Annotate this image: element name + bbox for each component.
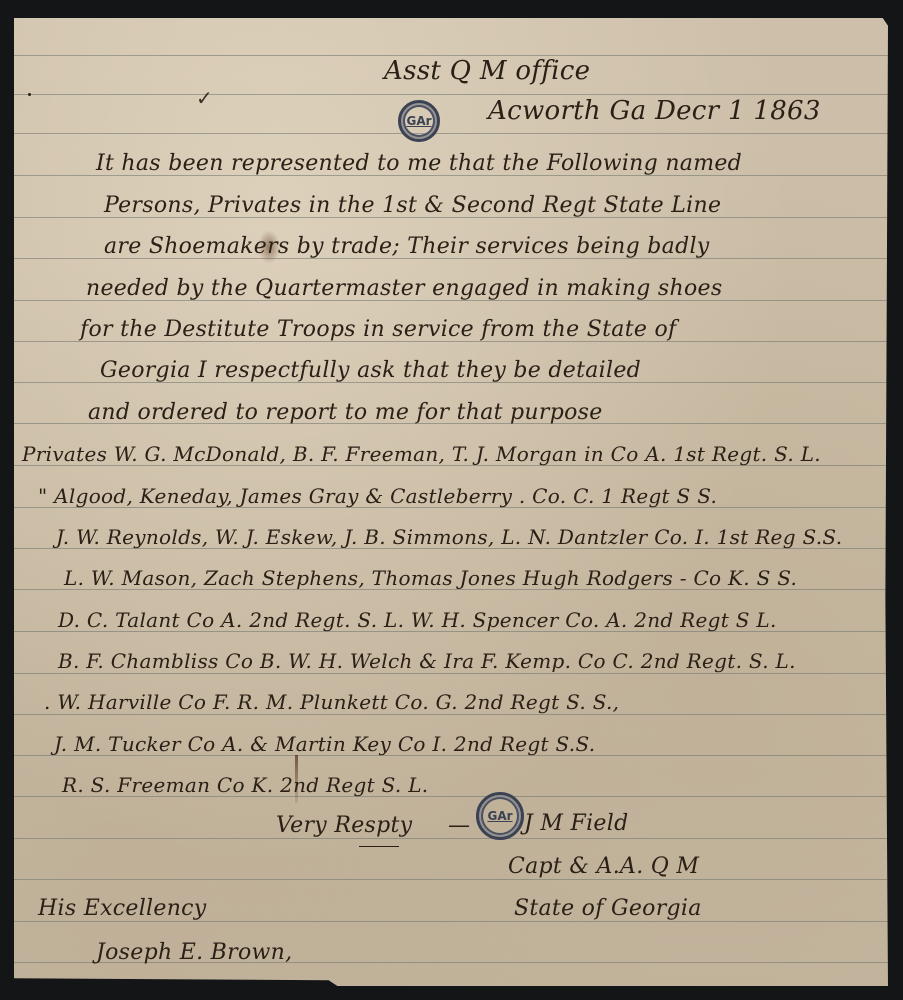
roster-line: . W. Harville Co F. R. M. Plunkett Co. G… [44, 692, 619, 712]
place-date: Acworth Ga Decr 1 1863 [488, 98, 821, 124]
roster-line: L. W. Mason, Zach Stephens, Thomas Jones… [64, 568, 797, 588]
roster-line: J. W. Reynolds, W. J. Eskew, J. B. Simmo… [56, 527, 842, 547]
addressee-name: Joseph E. Brown, [96, 942, 292, 964]
archive-stamp: GAr [398, 100, 440, 142]
dash: — [448, 815, 470, 837]
roster-line: J. M. Tucker Co A. & Martin Key Co I. 2n… [54, 734, 595, 754]
ink-dot [28, 93, 31, 96]
ruled-line [14, 879, 888, 880]
archive-stamp: GAr [476, 792, 524, 840]
roster-line: D. C. Talant Co A. 2nd Regt. S. L. W. H.… [58, 610, 777, 630]
stamp-label: GAr [406, 114, 431, 128]
ruled-line [14, 673, 888, 674]
roster-line: " Algood, Keneday, James Gray & Castlebe… [38, 486, 717, 506]
scan-background: ✓ Asst Q M office Acworth Ga Decr 1 1863… [0, 0, 903, 1000]
addressee-honorific: His Excellency [38, 898, 207, 920]
office-heading: Asst Q M office [384, 58, 590, 84]
ruled-line [14, 921, 888, 922]
body-line: Persons, Privates in the 1st & Second Re… [104, 195, 721, 217]
body-line: needed by the Quartermaster engaged in m… [86, 278, 722, 300]
ruled-line [14, 714, 888, 715]
roster-line: B. F. Chambliss Co B. W. H. Welch & Ira … [58, 651, 796, 671]
roster-line: R. S. Freeman Co K. 2nd Regt S. L. [62, 775, 428, 795]
roster-line: Privates W. G. McDonald, B. F. Freeman, … [22, 444, 821, 464]
signatory-organization: State of Georgia [514, 898, 702, 920]
body-line: for the Destitute Troops in service from… [80, 319, 676, 341]
valediction: Very Respty [276, 815, 412, 837]
ruled-line [14, 94, 888, 95]
valediction-underline [359, 846, 399, 847]
signatory-title: Capt & A.A. Q M [508, 856, 699, 878]
body-line: and ordered to report to me for that pur… [88, 402, 603, 424]
signature: J M Field [524, 813, 628, 835]
check-mark-icon: ✓ [196, 86, 213, 110]
body-line: It has been represented to me that the F… [96, 153, 742, 175]
letter-paper: ✓ Asst Q M office Acworth Ga Decr 1 1863… [14, 18, 888, 986]
ruled-line [14, 133, 888, 134]
stamp-label: GAr [487, 809, 512, 823]
ruled-line [14, 838, 888, 839]
body-line: are Shoemakers by trade; Their services … [104, 236, 710, 258]
body-line: Georgia I respectfully ask that they be … [100, 360, 641, 382]
